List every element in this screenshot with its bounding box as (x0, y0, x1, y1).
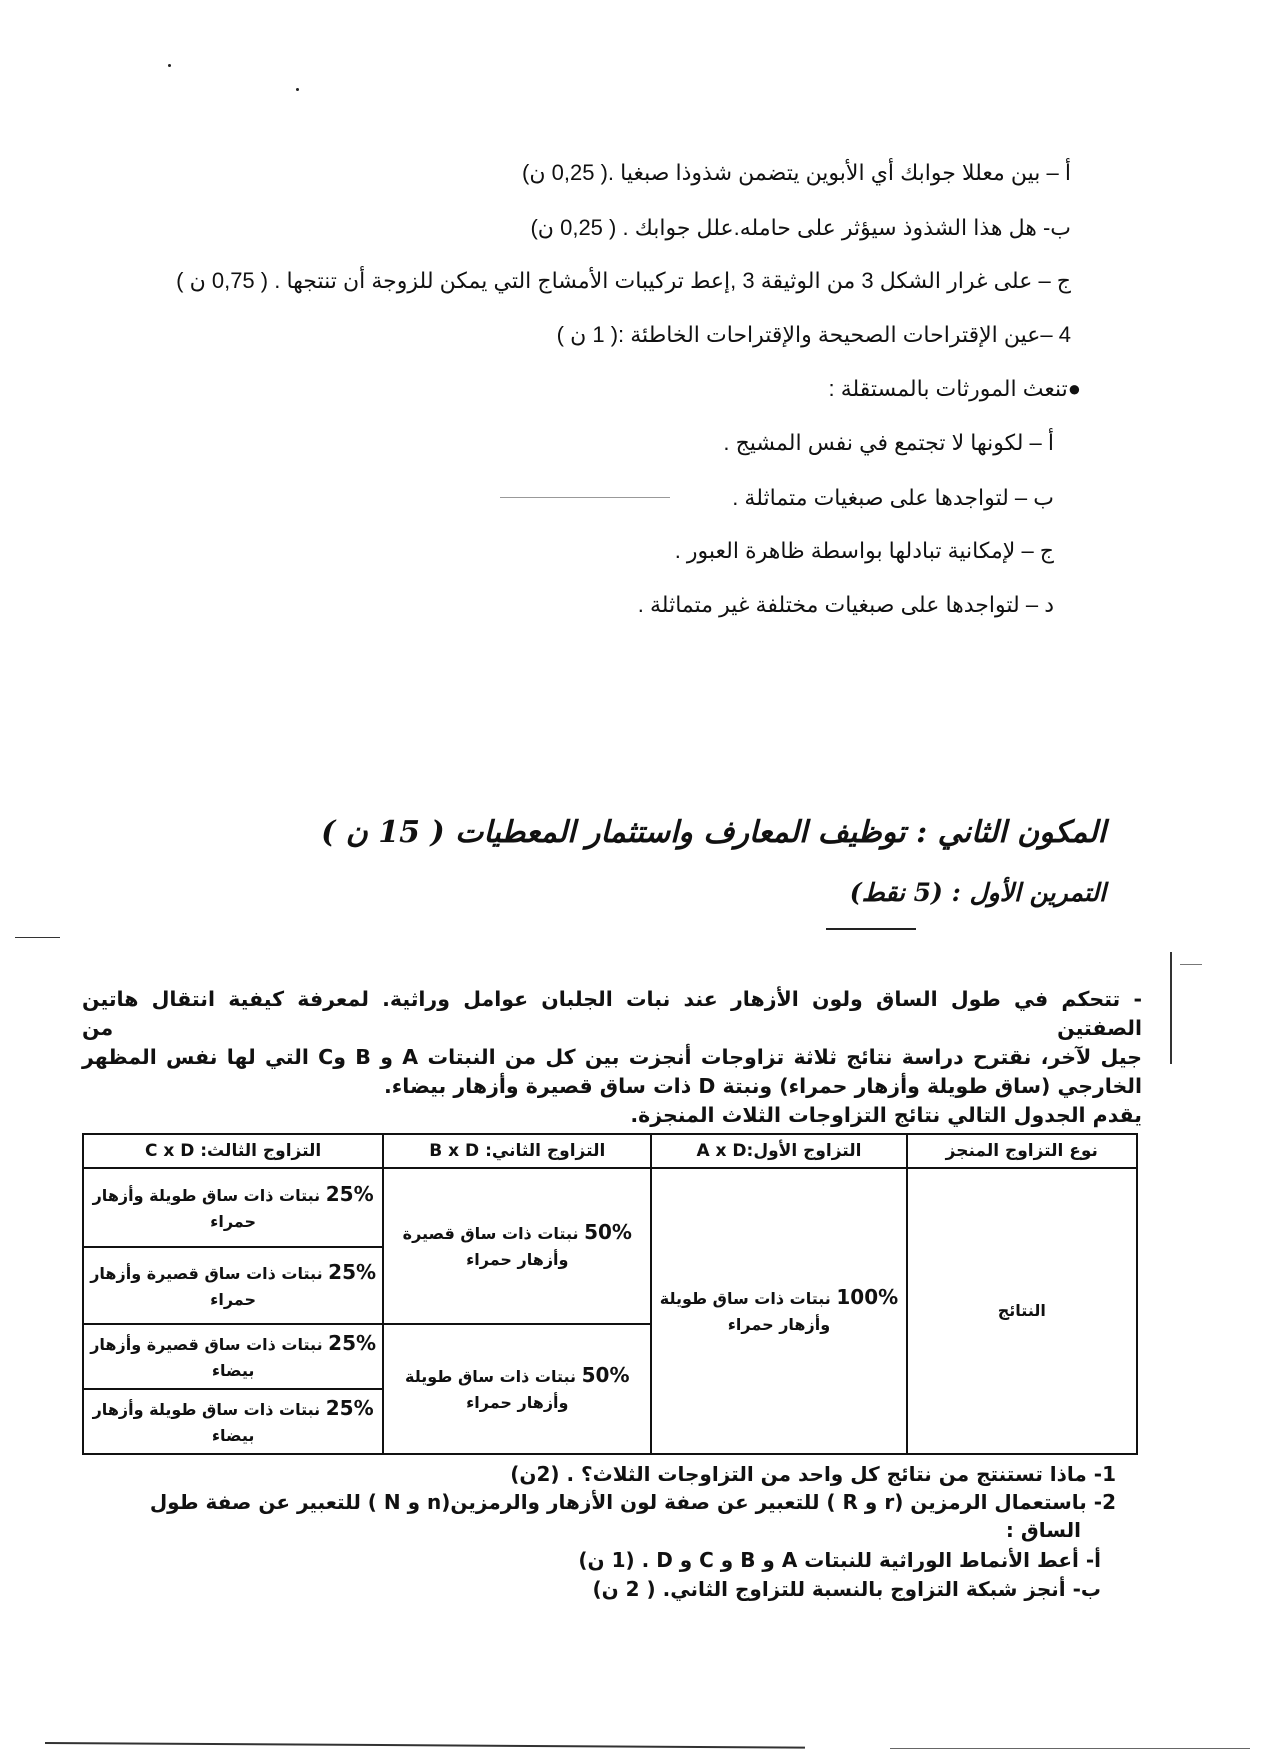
right-margin-line (1170, 952, 1172, 1064)
intro-line-1: - تتحكم في طول الساق ولون الأزهار عند نب… (82, 985, 1142, 1043)
row-label-results: النتائج (907, 1168, 1137, 1454)
table-header-row: نوع التزاوج المنجز التزاوج الأول:A x D ا… (83, 1134, 1137, 1168)
question-1: 1- ماذا تستنتج من نتائج كل واحد من التزا… (510, 1462, 1116, 1486)
option-d: د – لتواجدها على صبغيات مختلفة غير متماث… (638, 592, 1054, 618)
table-row: النتائج 100% نبتات ذات ساق طويلة وأزهار … (83, 1168, 1137, 1247)
cross1-pct: 100% (836, 1285, 898, 1309)
cross2-text-2: نبتات ذات ساق طويلة وأزهار حمراء (405, 1367, 576, 1412)
left-margin-mark (15, 937, 60, 938)
bottom-rule (890, 1748, 1250, 1749)
crosses-results-table: نوع التزاوج المنجز التزاوج الأول:A x D ا… (82, 1133, 1138, 1455)
cross3-result-2: 25% نبتات ذات ساق قصيرة وأزهار حمراء (83, 1247, 383, 1324)
cross3-result-3: 25% نبتات ذات ساق قصيرة وأزهار بيضاء (83, 1324, 383, 1389)
header-cross-2: التزاوج الثاني: B x D (383, 1134, 651, 1168)
cross3-text-1: نبتات ذات ساق طويلة وأزهار حمراء (93, 1186, 321, 1231)
scan-speck (168, 64, 171, 67)
cross1-text: نبتات ذات ساق طويلة وأزهار حمراء (660, 1289, 831, 1334)
question-2-line-2: الساق : (1006, 1518, 1081, 1542)
bottom-rule (45, 1742, 805, 1749)
statement: ●تنعث المورثات بالمستقلة : (829, 376, 1082, 402)
question-2a: أ- أعط الأنماط الوراثية للنبتات A و B و … (578, 1548, 1101, 1572)
exercise-title: التمرين الأول : (5 نقط) (850, 878, 1106, 907)
option-b: ب – لتواجدها على صبغيات متماثلة . (732, 485, 1054, 511)
header-cross-1: التزاوج الأول:A x D (651, 1134, 906, 1168)
cross3-pct-2: 25% (328, 1260, 376, 1284)
scan-dash (500, 497, 670, 498)
cross3-text-4: نبتات ذات ساق طويلة وأزهار بيضاء (93, 1400, 321, 1445)
cross3-result-4: 25% نبتات ذات ساق طويلة وأزهار بيضاء (83, 1389, 383, 1454)
cross3-pct-3: 25% (328, 1331, 376, 1355)
header-cross-type: نوع التزاوج المنجز (907, 1134, 1137, 1168)
option-c: ج – لإمكانية تبادلها بواسطة ظاهرة العبور… (675, 538, 1054, 564)
cross3-text-2: نبتات ذات ساق قصيرة وأزهار حمراء (90, 1264, 322, 1309)
cross3-text-3: نبتات ذات ساق قصيرة وأزهار بيضاء (90, 1335, 322, 1380)
cross1-result: 100% نبتات ذات ساق طويلة وأزهار حمراء (651, 1168, 906, 1454)
cross3-pct-4: 25% (326, 1396, 374, 1420)
header-cross-3: التزاوج الثالث: C x D (83, 1134, 383, 1168)
question-c: ج – على غرار الشكل 3 من الوثيقة 3 ,إعط ت… (176, 268, 1071, 294)
intro-line-4: يقدم الجدول التالي نتائج التزاوجات الثلا… (82, 1101, 1142, 1130)
question-4: 4 –عين الإقتراحات الصحيحة والإقتراحات ال… (557, 322, 1071, 348)
cross2-pct-1: 50% (584, 1220, 632, 1244)
scan-speck (296, 88, 299, 91)
cross2-text-1: نبتات ذات ساق قصيرة وأزهار حمراء (403, 1224, 579, 1269)
intro-line-2: جيل لآخر، نقترح دراسة نتائج ثلاثة تزاوجا… (82, 1043, 1142, 1072)
question-a: أ – بين معللا جوابك أي الأبوين يتضمن شذو… (522, 160, 1071, 186)
question-b: ب- هل هذا الشذوذ سيؤثر على حامله.علل جوا… (530, 215, 1071, 241)
intro-line-3: الخارجي (ساق طويلة وأزهار حمراء) ونبتة D… (82, 1072, 1142, 1101)
question-2-line-1: 2- باستعمال الرمزين (r و R ) للتعبير عن … (150, 1490, 1116, 1514)
cross2-result-2: 50% نبتات ذات ساق طويلة وأزهار حمراء (383, 1324, 651, 1454)
cross3-pct-1: 25% (326, 1182, 374, 1206)
exercise-title-underline (826, 928, 916, 930)
cross2-pct-2: 50% (582, 1363, 630, 1387)
question-2b: ب- أنجز شبكة التزاوج بالنسبة للتزاوج الث… (592, 1577, 1101, 1601)
option-a: أ – لكونها لا تجتمع في نفس المشيج . (723, 430, 1054, 456)
section-title: المكون الثاني : توظيف المعارف واستثمار ا… (321, 815, 1106, 850)
right-margin-tick (1180, 964, 1202, 965)
exercise-intro: - تتحكم في طول الساق ولون الأزهار عند نب… (82, 985, 1142, 1130)
cross3-result-1: 25% نبتات ذات ساق طويلة وأزهار حمراء (83, 1168, 383, 1247)
cross2-result-1: 50% نبتات ذات ساق قصيرة وأزهار حمراء (383, 1168, 651, 1324)
